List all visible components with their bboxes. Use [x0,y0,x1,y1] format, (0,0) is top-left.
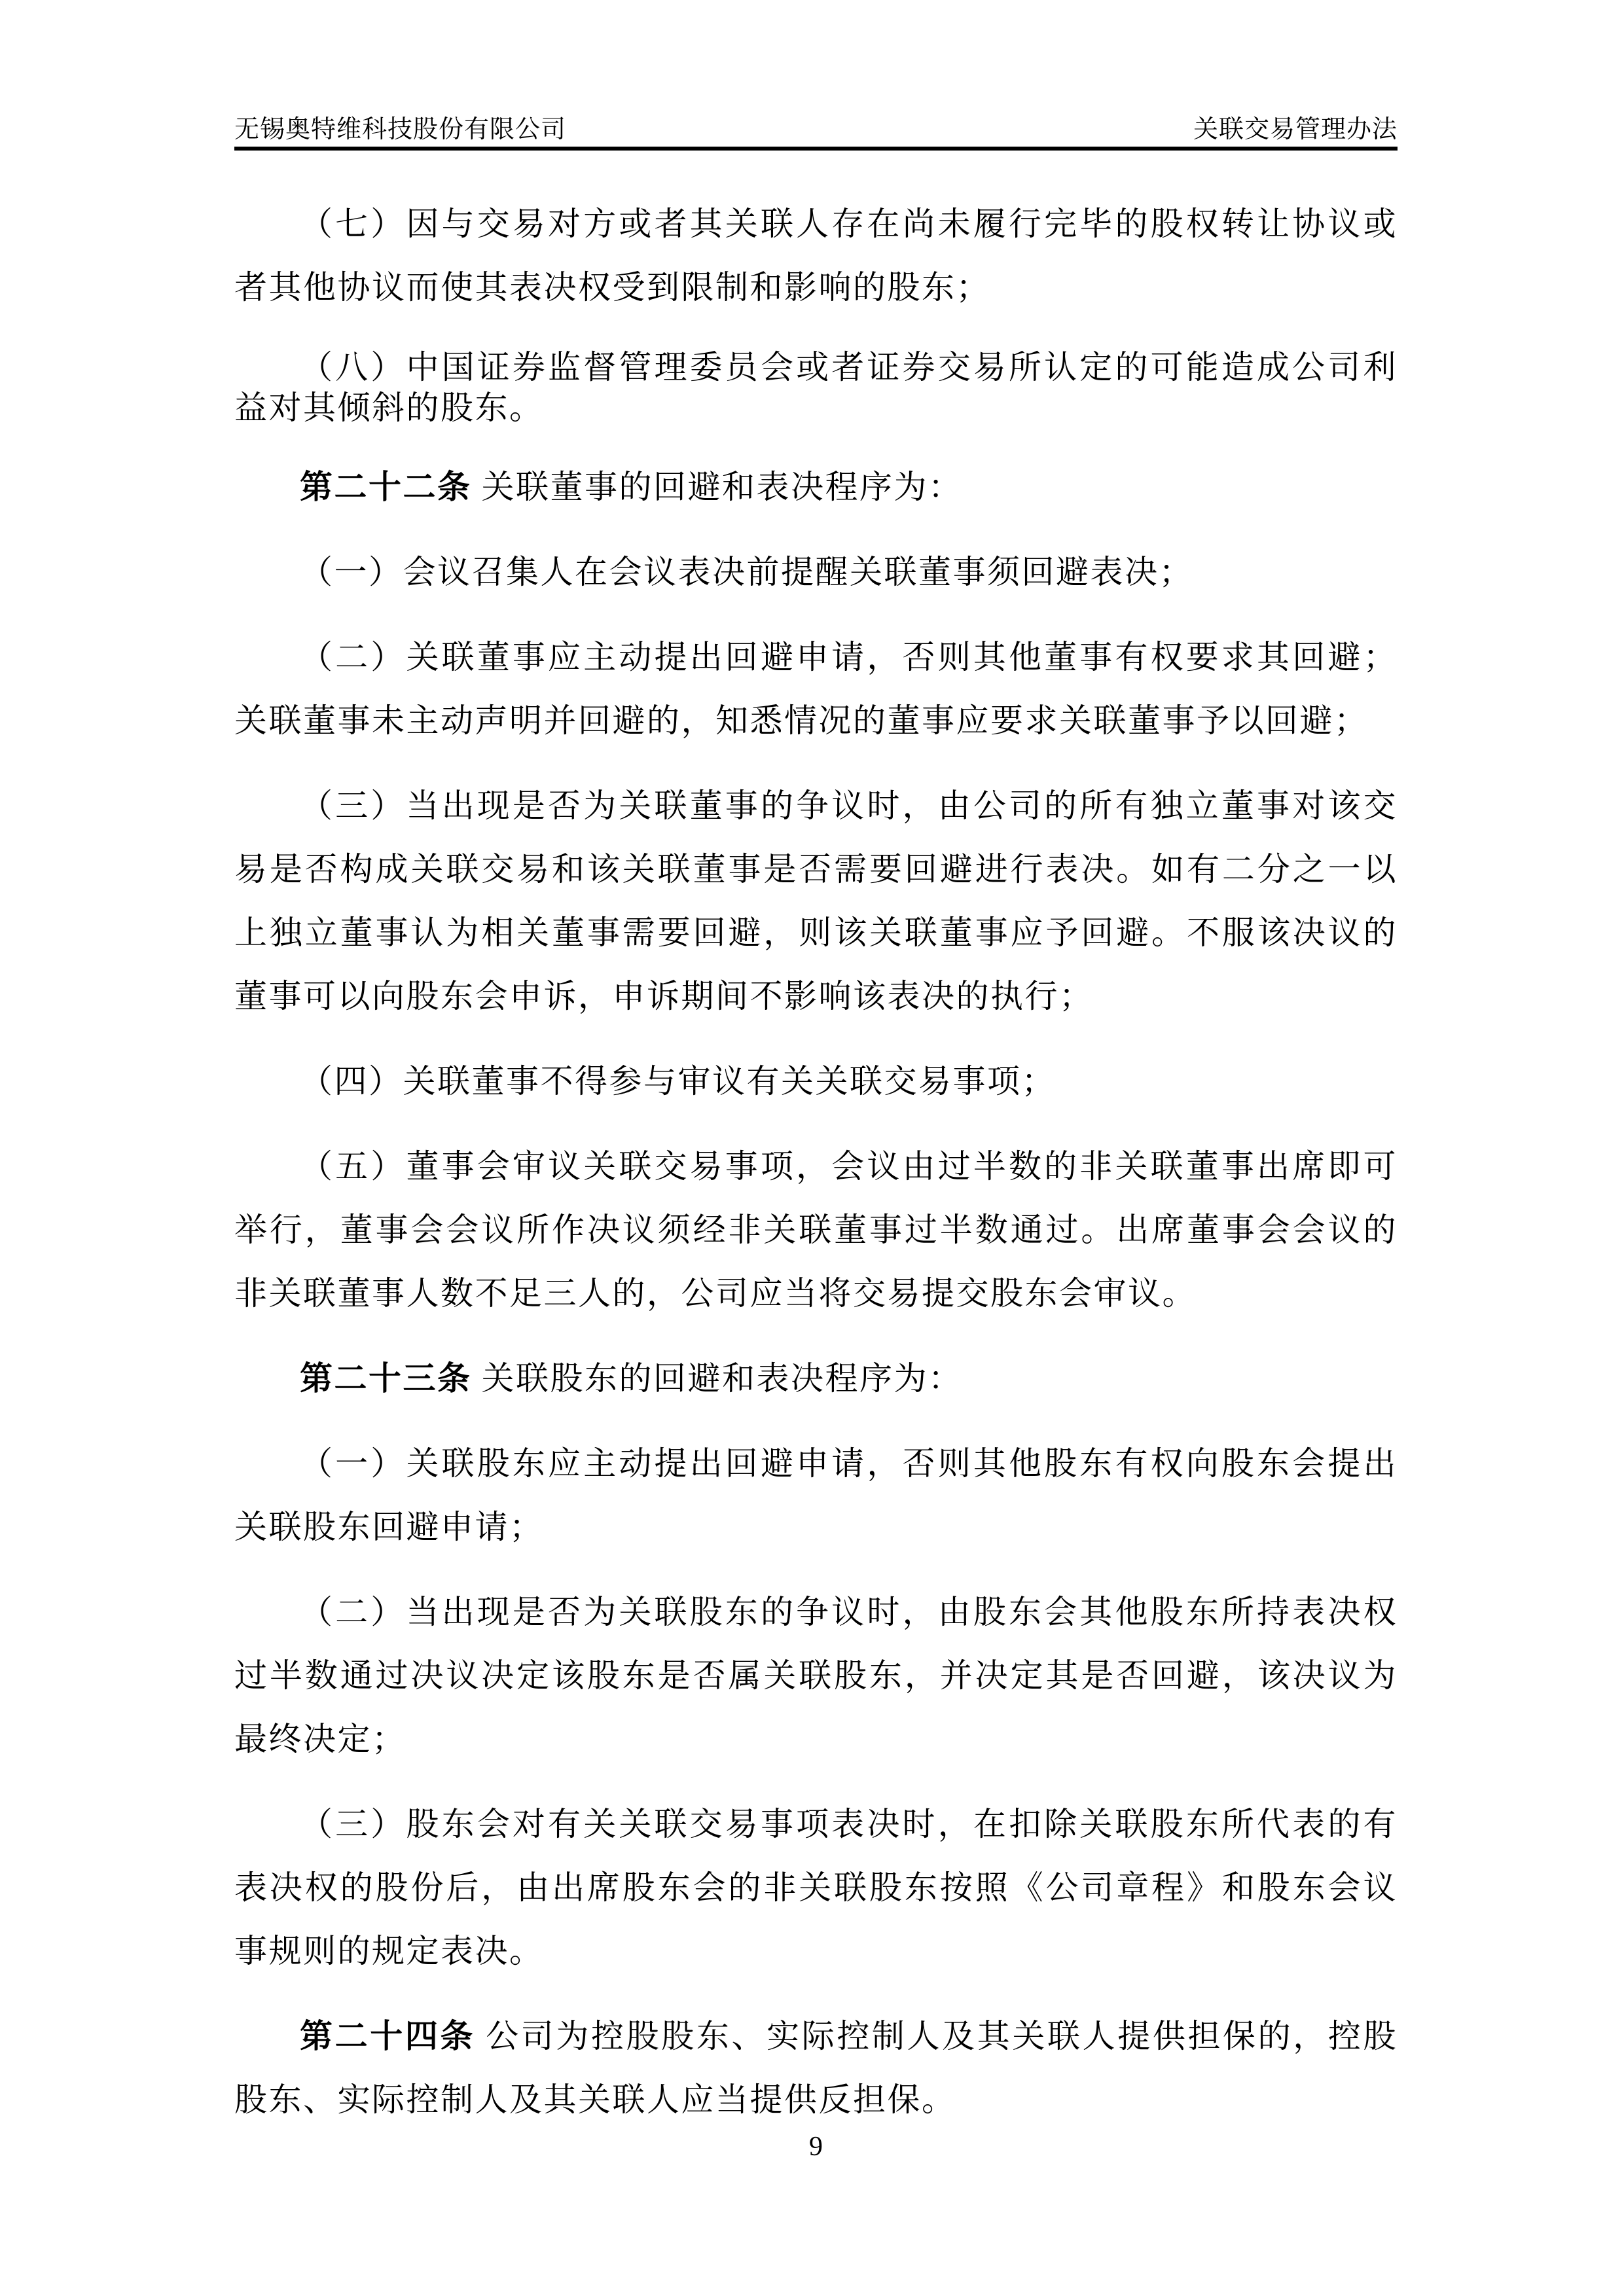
item-paragraph: （三）当出现是否为关联董事的争议时，由公司的所有独立董事对该交易是否构成关联交易… [234,774,1398,1028]
page-header: 无锡奥特维科技股份有限公司 关联交易管理办法 [234,117,1398,151]
item-paragraph: （三）股东会对有关关联交易事项表决时，在扣除关联股东所代表的有表决权的股份后，由… [234,1793,1398,1983]
article-paragraph: 第二十四条 公司为控股股东、实际控制人及其关联人提供担保的，控股股东、实际控制人… [234,2005,1398,2132]
item-paragraph: （一）关联股东应主动提出回避申请，否则其他股东有权向股东会提出关联股东回避申请； [234,1432,1398,1559]
article-number-label: 第二十二条 [300,469,472,505]
document-page: 无锡奥特维科技股份有限公司 关联交易管理办法 （七）因与交易对方或者其关联人存在… [0,0,1624,2296]
item-paragraph: （八）中国证券监督管理委员会或者证券交易所认定的可能造成公司利益对其倾斜的股东。 [234,347,1398,428]
article-paragraph: 第二十三条 关联股东的回避和表决程序为： [234,1347,1398,1410]
page-number: 9 [234,2128,1398,2165]
item-paragraph: （四）关联董事不得参与审议有关关联交易事项； [234,1050,1398,1113]
item-paragraph: （五）董事会审议关联交易事项，会议由过半数的非关联董事出席即可举行，董事会会议所… [234,1135,1398,1325]
article-number-label: 第二十三条 [300,1360,472,1397]
article-number-label: 第二十四条 [300,2018,475,2054]
header-doc-title: 关联交易管理办法 [1193,117,1398,143]
item-paragraph: （二）关联董事应主动提出回避申请，否则其他董事有权要求其回避；关联董事未主动声明… [234,626,1398,753]
article-text: 关联董事的回避和表决程序为： [472,469,963,505]
document-body: （七）因与交易对方或者其关联人存在尚未履行完毕的股权转让协议或者其他协议而使其表… [234,192,1398,2132]
item-paragraph: （二）当出现是否为关联股东的争议时，由股东会其他股东所持表决权过半数通过决议决定… [234,1581,1398,1771]
article-paragraph: 第二十二条 关联董事的回避和表决程序为： [234,456,1398,519]
item-paragraph: （七）因与交易对方或者其关联人存在尚未履行完毕的股权转让协议或者其他协议而使其表… [234,192,1398,319]
article-text: 关联股东的回避和表决程序为： [472,1360,963,1397]
item-paragraph: （一）会议召集人在会议表决前提醒关联董事须回避表决； [234,541,1398,604]
header-company-name: 无锡奥特维科技股份有限公司 [234,117,566,143]
